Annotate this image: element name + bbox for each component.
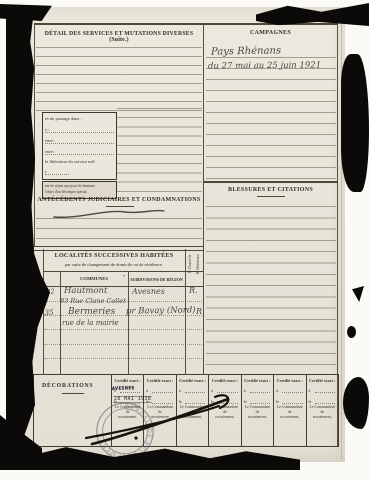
scan-black-right-blob bbox=[341, 54, 369, 192]
dotted-line bbox=[315, 392, 335, 393]
form-left-border bbox=[34, 24, 35, 247]
row2-address: rue de la mairie bbox=[62, 319, 119, 327]
fine-print-line-2: l'objet d'un décompte spécial. bbox=[45, 190, 87, 194]
localites-subtitle: par suite de changement de domicile ou d… bbox=[43, 262, 185, 267]
ruled-lines-antecedents bbox=[36, 218, 202, 244]
commandant-line: recrutement, bbox=[307, 415, 338, 420]
row2-code: R bbox=[196, 307, 202, 316]
localites-header-line bbox=[43, 271, 203, 272]
passage-line-5: la libération du service mil- bbox=[45, 159, 114, 164]
le-label: le bbox=[244, 399, 247, 404]
certify-label: Certifié exact : bbox=[144, 378, 175, 383]
a-label: à bbox=[309, 388, 311, 393]
services-title: DÉTAIL DES SERVICES ET MUTATIONS DIVERSE… bbox=[36, 31, 202, 43]
certify-date-line: le bbox=[244, 399, 271, 405]
passage-line-2: e : bbox=[45, 127, 114, 133]
le-label: le bbox=[276, 399, 279, 404]
a-label: à bbox=[244, 388, 246, 393]
passage-box: es de passage dans : e : eure : eure : l… bbox=[42, 112, 117, 180]
scan-black-mark-1 bbox=[352, 286, 364, 302]
passage-line-1: es de passage dans : bbox=[45, 116, 114, 121]
ruled-lines-beside-box bbox=[117, 108, 202, 194]
passage-line-4: eure : bbox=[45, 149, 114, 155]
passage-line-6: t. bbox=[45, 169, 69, 175]
localites-top-border bbox=[33, 246, 203, 251]
legend-domicile: D. Domicile bbox=[188, 249, 192, 279]
le-label: le bbox=[309, 399, 312, 404]
row2-commune: Bermeries bbox=[68, 307, 115, 317]
dotted-line bbox=[250, 392, 270, 393]
certify-place-line: à bbox=[309, 388, 336, 394]
certify-label: Certifié exact : bbox=[209, 378, 240, 383]
row1-commune: Hautmont bbox=[64, 286, 107, 296]
dotted-line bbox=[250, 403, 270, 404]
certify-column: Certifié exact : à le Le Commandant de r… bbox=[273, 375, 305, 446]
certify-column: Certifié exact : à le Le Commandant de r… bbox=[306, 375, 338, 446]
certify-label: Certifié exact : bbox=[177, 378, 208, 383]
row-line bbox=[44, 344, 202, 346]
certify-label: Certifié exact : bbox=[242, 378, 273, 383]
certify-label: Certifié exact : bbox=[112, 378, 143, 383]
scan-black-right-bottom-blob bbox=[343, 377, 369, 429]
row-line bbox=[44, 329, 202, 331]
campagnes-entry-2: du 27 mai au 25 juin 1921 bbox=[208, 61, 321, 72]
localites-vline-dates bbox=[60, 272, 61, 375]
certify-place-line: à bbox=[276, 388, 303, 394]
localites-vline-communes bbox=[128, 272, 129, 375]
signature-scrawl bbox=[78, 388, 240, 450]
commandant-line: recrutement, bbox=[274, 415, 305, 420]
ruled-lines-services bbox=[36, 47, 202, 111]
dotted-line bbox=[282, 403, 302, 404]
blessures-divider bbox=[203, 181, 338, 183]
center-divider bbox=[203, 24, 204, 375]
campagnes-entry-1: Pays Rhénans bbox=[211, 45, 281, 57]
localites-title: LOCALITÉS SUCCESSIVES HABITÉES bbox=[43, 253, 185, 259]
certify-date-line: le bbox=[276, 399, 303, 405]
row1-code: R. bbox=[189, 286, 198, 295]
localites-col-communes: COMMUNES bbox=[60, 276, 128, 281]
row2-subdivision: pr Bavay (Nord) bbox=[126, 305, 196, 316]
certify-label: Certifié exact : bbox=[274, 378, 305, 383]
ruled-lines-blessures bbox=[206, 206, 336, 373]
antecedents-squiggle bbox=[50, 206, 170, 220]
scanned-military-record-page: DÉTAIL DES SERVICES ET MUTATIONS DIVERSE… bbox=[0, 0, 369, 480]
certify-label: Certifié exact : bbox=[307, 378, 338, 383]
ruled-lines-campagnes bbox=[206, 57, 336, 179]
certify-place-line: à bbox=[244, 388, 271, 394]
certify-column: Certifié exact : à le Le Commandant de r… bbox=[241, 375, 273, 446]
antecedents-title: ANTÉCÉDENTS JUDICIAIRES ET CONDAMNATIONS bbox=[36, 197, 202, 203]
a-label: à bbox=[276, 388, 278, 393]
row1-subdivision: Avesnes bbox=[132, 287, 165, 296]
dotted-line bbox=[315, 403, 335, 404]
localites-col-subdivisions: SUBDIVISIONS DE RÉGION bbox=[128, 277, 185, 282]
dotted-line bbox=[282, 392, 302, 393]
legend-residence: R. Résidence bbox=[196, 249, 200, 279]
campagnes-title: CAMPAGNES bbox=[204, 30, 337, 36]
commandant-line: recrutement, bbox=[242, 415, 273, 420]
passage-line-3: eure : bbox=[45, 138, 114, 144]
scan-black-mark-2 bbox=[347, 326, 356, 338]
blessures-title: BLESSURES ET CITATIONS bbox=[204, 187, 337, 193]
row-line bbox=[44, 358, 202, 360]
blessures-rule bbox=[257, 196, 285, 197]
row1-address: 83 Rue Clane Collet bbox=[60, 297, 126, 305]
communes-note: * bbox=[123, 274, 125, 279]
fine-print-line-1: ent de séjour que pour les hommes bbox=[45, 184, 95, 188]
certify-date-line: le bbox=[309, 399, 336, 405]
